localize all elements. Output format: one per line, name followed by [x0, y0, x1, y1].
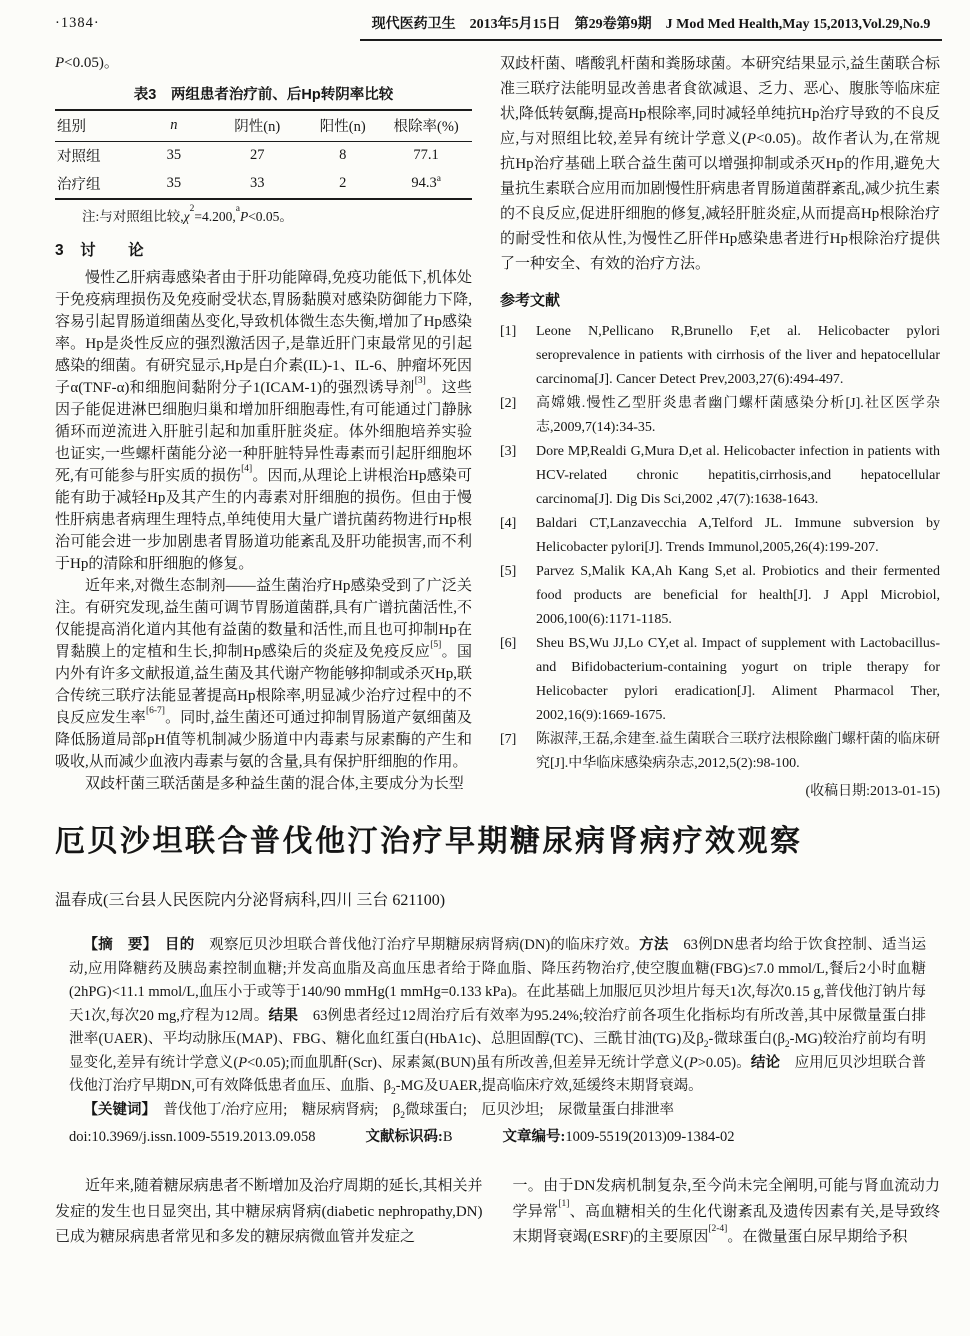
article2-body-left-column: 近年来,随着糖尿病患者不断增加及治疗周期的延长,其相关并发症的发生也日显突出, …	[55, 1174, 483, 1251]
reference-item: [5] Parvez S,Malik KA,Ah Kang S,et al. P…	[500, 560, 940, 632]
discussion-heading: 3 讨 论	[55, 238, 472, 260]
table-row: 对照组 35 27 8 77.1	[55, 142, 472, 171]
table3-cell: 27	[209, 142, 305, 171]
table3-cell: 2	[305, 170, 380, 199]
reference-number: [1]	[500, 320, 527, 392]
received-date: (收稿日期:2013-01-15)	[500, 780, 940, 800]
doi: doi:10.3969/j.issn.1009-5519.2013.09.058	[69, 1125, 316, 1149]
table3-header-cell: 阴性(n)	[209, 110, 305, 142]
reference-number: [4]	[500, 512, 527, 560]
references-heading: 参考文献	[500, 289, 940, 310]
reference-item: [3] Dore MP,Realdi G,Mura D,et al. Helic…	[500, 440, 940, 512]
article2-body: 近年来,随着糖尿病患者不断增加及治疗周期的延长,其相关并发症的发生也日显突出, …	[55, 1174, 940, 1251]
table3-header-row: 组别 n 阴性(n) 阳性(n) 根除率(%)	[55, 110, 472, 142]
table3-cell: 8	[305, 142, 380, 171]
reference-text: Leone N,Pellicano R,Brunello F,et al. He…	[536, 320, 940, 392]
table3-cell: 35	[138, 170, 209, 199]
table3-cell: 77.1	[380, 142, 472, 171]
discussion-paragraph-2: 近年来,对微生态制剂——益生菌治疗Hp感染受到了广泛关注。有研究发现,益生菌可调…	[55, 575, 472, 773]
table3: 组别 n 阴性(n) 阳性(n) 根除率(%) 对照组 35 27 8 77.1	[55, 109, 472, 200]
reference-text: 陈淑萍,王磊,余建奎.益生菌联合三联疗法根除幽门螺杆菌的临床研究[J].中华临床…	[536, 728, 940, 776]
table3-cell: 94.3a	[380, 170, 472, 199]
reference-text: Sheu BS,Wu JJ,Lo CY,et al. Impact of sup…	[536, 632, 940, 728]
reference-text: Baldari CT,Lanzavecchia A,Telford JL. Im…	[536, 512, 940, 560]
table3-header-cell: 阳性(n)	[305, 110, 380, 142]
reference-text: Dore MP,Realdi G,Mura D,et al. Helicobac…	[536, 440, 940, 512]
article2-abstract: 【摘 要】 目的 观察厄贝沙坦联合普伐他汀治疗早期糖尿病肾病(DN)的临床疗效。…	[69, 934, 926, 1099]
reference-number: [6]	[500, 632, 527, 728]
article1-right-column: 双歧杆菌、嗜酸乳杆菌和粪肠球菌。本研究结果显示,益生菌联合标准三联疗法能明显改善…	[500, 52, 940, 800]
reference-text: 高嫦娥.慢性乙型肝炎患者幽门螺杆菌感染分析[J].社区医学杂志,2009,7(1…	[536, 392, 940, 440]
document-code: 文献标识码:B	[366, 1125, 453, 1149]
table3-cell: 治疗组	[55, 170, 138, 199]
discussion-paragraph-continued: 双歧杆菌、嗜酸乳杆菌和粪肠球菌。本研究结果显示,益生菌联合标准三联疗法能明显改善…	[500, 52, 940, 277]
article2-paragraph: 一。由于DN发病机制复杂,至今尚未完全阐明,可能与肾血流动力学异常[1]、高血糖…	[513, 1174, 941, 1251]
reference-item: [1] Leone N,Pellicano R,Brunello F,et al…	[500, 320, 940, 392]
article1-left-column: P<0.05)。 表3 两组患者治疗前、后Hp转阴率比较 组别 n 阴性(n) …	[55, 52, 472, 800]
discussion-paragraph-3: 双歧杆菌三联活菌是多种益生菌的混合体,主要成分为长型	[55, 773, 472, 795]
reference-item: [2] 高嫦娥.慢性乙型肝炎患者幽门螺杆菌感染分析[J].社区医学杂志,2009…	[500, 392, 940, 440]
table3-note: 注:与对照组比较,χ2=4.200,aP<0.05。	[55, 205, 472, 225]
page-number: ·1384·	[55, 15, 100, 32]
article2: 厄贝沙坦联合普伐他汀治疗早期糖尿病肾病疗效观察 温春成(三台县人民医院内分泌肾病…	[55, 822, 940, 1251]
discussion-paragraph-1: 慢性乙肝病毒感染者由于肝功能障碍,免疫功能低下,机体处于免疫病理损伤及免疫耐受状…	[55, 267, 472, 575]
continuation-line: P<0.05)。	[55, 52, 472, 74]
table3-header-cell: 根除率(%)	[380, 110, 472, 142]
table3-cell: 35	[138, 142, 209, 171]
article-number: 文章编号:1009-5519(2013)09-1384-02	[503, 1125, 735, 1149]
journal-header-line: 现代医药卫生 2013年5月15日 第29卷第9期 J Mod Med Heal…	[360, 13, 942, 41]
article2-title: 厄贝沙坦联合普伐他汀治疗早期糖尿病肾病疗效观察	[55, 822, 940, 862]
reference-number: [5]	[500, 560, 527, 632]
table3-block: 表3 两组患者治疗前、后Hp转阴率比较 组别 n 阴性(n) 阳性(n) 根除率…	[55, 83, 472, 225]
reference-item: [4] Baldari CT,Lanzavecchia A,Telford JL…	[500, 512, 940, 560]
table3-header-cell: 组别	[55, 110, 138, 142]
reference-number: [7]	[500, 728, 527, 776]
table3-cell: 对照组	[55, 142, 138, 171]
page-header: ·1384· 现代医药卫生 2013年5月15日 第29卷第9期 J Mod M…	[55, 13, 942, 39]
table3-header-cell: n	[138, 110, 209, 142]
reference-text: Parvez S,Malik KA,Ah Kang S,et al. Probi…	[536, 560, 940, 632]
reference-item: [7] 陈淑萍,王磊,余建奎.益生菌联合三联疗法根除幽门螺杆菌的临床研究[J].…	[500, 728, 940, 776]
article2-meta-line: doi:10.3969/j.issn.1009-5519.2013.09.058…	[69, 1125, 926, 1149]
reference-item: [6] Sheu BS,Wu JJ,Lo CY,et al. Impact of…	[500, 632, 940, 728]
article2-paragraph: 近年来,随着糖尿病患者不断增加及治疗周期的延长,其相关并发症的发生也日显突出, …	[55, 1174, 483, 1251]
article2-body-right-column: 一。由于DN发病机制复杂,至今尚未完全阐明,可能与肾血流动力学异常[1]、高血糖…	[513, 1174, 941, 1251]
table3-cell: 33	[209, 170, 305, 199]
article1: P<0.05)。 表3 两组患者治疗前、后Hp转阴率比较 组别 n 阴性(n) …	[55, 52, 940, 800]
article2-keywords: 【关键词】 普伐他丁/治疗应用; 糖尿病肾病; β2微球蛋白; 厄贝沙坦; 尿微…	[69, 1099, 926, 1123]
table3-caption: 表3 两组患者治疗前、后Hp转阴率比较	[55, 83, 472, 104]
table-row: 治疗组 35 33 2 94.3a	[55, 170, 472, 199]
reference-number: [2]	[500, 392, 527, 440]
article2-author: 温春成(三台县人民医院内分泌肾病科,四川 三台 621100)	[55, 887, 940, 910]
reference-number: [3]	[500, 440, 527, 512]
